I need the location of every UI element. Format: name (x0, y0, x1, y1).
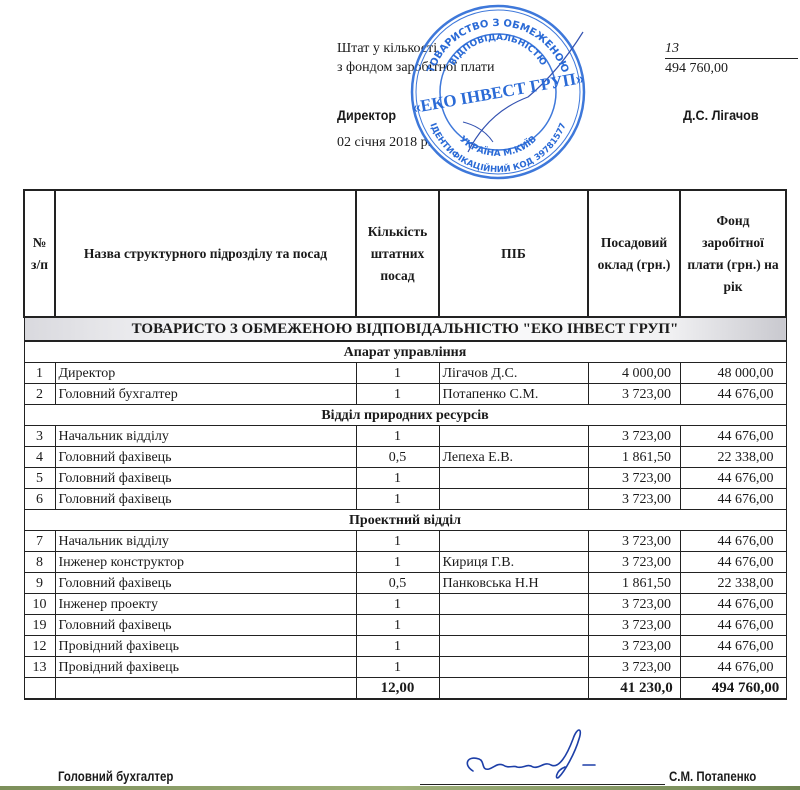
company-stamp: ТОВАРИСТВО З ОБМЕЖЕНОЮ ВІДПОВІДАЛЬНІСТЮ … (408, 2, 588, 182)
employee-name: Лепеха Е.В. (439, 447, 588, 468)
staffing-table: № з/п Назва структурного підрозділу та п… (23, 189, 787, 700)
row-number: 12 (24, 636, 55, 657)
table-row: 6Головний фахівець13 723,0044 676,00 (24, 489, 786, 510)
employee-name: Панковська Н.Н (439, 573, 588, 594)
annual-fund: 48 000,00 (680, 363, 786, 384)
section-row: Апарат управління (24, 341, 786, 363)
table-row: 13Провідний фахівець13 723,0044 676,00 (24, 657, 786, 678)
position-name: Інженер проекту (55, 594, 356, 615)
annual-fund: 44 676,00 (680, 552, 786, 573)
staff-count-value: 13 (665, 39, 798, 59)
col-header-no: № з/п (24, 190, 55, 317)
table-row: 9Головний фахівець0,5Панковська Н.Н1 861… (24, 573, 786, 594)
col-header-count: Кількість штатних посад (356, 190, 439, 317)
employee-name (439, 636, 588, 657)
row-number: 4 (24, 447, 55, 468)
table-row: 10Інженер проекту13 723,0044 676,00 (24, 594, 786, 615)
position-count: 1 (356, 489, 439, 510)
position-count: 1 (356, 531, 439, 552)
col-header-position: Назва структурного підрозділу та посад (55, 190, 356, 317)
monthly-salary: 3 723,00 (588, 552, 680, 573)
monthly-salary: 3 723,00 (588, 636, 680, 657)
employee-name: Кириця Г.В. (439, 552, 588, 573)
employee-name (439, 594, 588, 615)
position-name: Директор (55, 363, 356, 384)
row-number: 2 (24, 384, 55, 405)
monthly-salary: 3 723,00 (588, 426, 680, 447)
svg-text:ІДЕНТИФІКАЦІЙНИЙ КОД 39781577: ІДЕНТИФІКАЦІЙНИЙ КОД 39781577 (427, 122, 568, 176)
employee-name: Потапенко С.М. (439, 384, 588, 405)
row-number: 6 (24, 489, 55, 510)
section-row: Відділ природних ресурсів (24, 405, 786, 426)
table-row: 2Головний бухгалтер1Потапенко С.М.3 723,… (24, 384, 786, 405)
monthly-salary: 3 723,00 (588, 594, 680, 615)
row-number: 1 (24, 363, 55, 384)
total-salary: 41 230,0 (588, 678, 680, 700)
total-fund: 494 760,00 (680, 678, 786, 700)
row-number: 3 (24, 426, 55, 447)
row-number: 7 (24, 531, 55, 552)
position-count: 1 (356, 636, 439, 657)
annual-fund: 44 676,00 (680, 468, 786, 489)
chief-accountant-name: С.М. Потапенко (669, 768, 756, 784)
col-header-salary: Посадовий оклад (грн.) (588, 190, 680, 317)
annual-fund: 22 338,00 (680, 573, 786, 594)
position-name: Провідний фахівець (55, 636, 356, 657)
row-number: 9 (24, 573, 55, 594)
col-header-fund: Фонд заробітної плати (грн.) на рік (680, 190, 786, 317)
position-count: 1 (356, 426, 439, 447)
monthly-salary: 3 723,00 (588, 615, 680, 636)
signature-icon (455, 725, 605, 785)
table-header-row: № з/п Назва структурного підрозділу та п… (24, 190, 786, 317)
employee-name (439, 489, 588, 510)
row-number: 8 (24, 552, 55, 573)
scan-edge (0, 786, 800, 790)
employee-name (439, 531, 588, 552)
totals-empty (439, 678, 588, 700)
position-count: 1 (356, 594, 439, 615)
position-count: 1 (356, 615, 439, 636)
annual-fund: 44 676,00 (680, 531, 786, 552)
position-count: 1 (356, 384, 439, 405)
employee-name (439, 657, 588, 678)
director-label: Директор (337, 106, 396, 125)
monthly-salary: 1 861,50 (588, 447, 680, 468)
employee-name (439, 468, 588, 489)
totals-empty (55, 678, 356, 700)
annual-fund: 44 676,00 (680, 489, 786, 510)
monthly-salary: 3 723,00 (588, 531, 680, 552)
col-header-name: ПІБ (439, 190, 588, 317)
table-row: 19Головний фахівець13 723,0044 676,00 (24, 615, 786, 636)
position-name: Головний фахівець (55, 489, 356, 510)
monthly-salary: 1 861,50 (588, 573, 680, 594)
svg-text:УКРАЇНА М.КИЇВ: УКРАЇНА М.КИЇВ (457, 134, 539, 159)
position-name: Головний фахівець (55, 468, 356, 489)
annual-fund: 44 676,00 (680, 615, 786, 636)
row-number: 10 (24, 594, 55, 615)
position-name: Головний фахівець (55, 573, 356, 594)
row-number: 5 (24, 468, 55, 489)
annual-fund: 44 676,00 (680, 594, 786, 615)
position-name: Головний бухгалтер (55, 384, 356, 405)
position-count: 1 (356, 468, 439, 489)
section-title: Апарат управління (24, 341, 786, 363)
position-name: Головний фахівець (55, 447, 356, 468)
table-row: 3Начальник відділу13 723,0044 676,00 (24, 426, 786, 447)
table-row: 1Директор1Лігачов Д.С.4 000,0048 000,00 (24, 363, 786, 384)
table-row: 8Інженер конструктор1Кириця Г.В.3 723,00… (24, 552, 786, 573)
annual-fund: 22 338,00 (680, 447, 786, 468)
table-row: 4Головний фахівець0,5Лепеха Е.В.1 861,50… (24, 447, 786, 468)
table-row: 7Начальник відділу13 723,0044 676,00 (24, 531, 786, 552)
position-name: Інженер конструктор (55, 552, 356, 573)
totals-empty (24, 678, 55, 700)
svg-text:«ЕКО ІНВЕСТ ГРУП»: «ЕКО ІНВЕСТ ГРУП» (410, 68, 585, 117)
employee-name (439, 615, 588, 636)
totals-row: 12,0041 230,0494 760,00 (24, 678, 786, 700)
position-name: Начальник відділу (55, 426, 356, 447)
annual-fund: 44 676,00 (680, 636, 786, 657)
monthly-salary: 3 723,00 (588, 384, 680, 405)
annual-fund: 44 676,00 (680, 384, 786, 405)
monthly-salary: 4 000,00 (588, 363, 680, 384)
position-count: 1 (356, 363, 439, 384)
position-name: Головний фахівець (55, 615, 356, 636)
chief-accountant-label: Головний бухгалтер (58, 768, 173, 784)
position-count: 1 (356, 552, 439, 573)
monthly-salary: 3 723,00 (588, 657, 680, 678)
stamp-top-text: ТОВАРИСТВО З ОБМЕЖЕНОЮ (426, 18, 571, 75)
row-number: 19 (24, 615, 55, 636)
position-name: Провідний фахівець (55, 657, 356, 678)
section-title: Проектний відділ (24, 510, 786, 531)
organization-name: ТОВАРИСТО З ОБМЕЖЕНОЮ ВІДПОВІДАЛЬНІСТЮ "… (24, 317, 786, 341)
monthly-salary: 3 723,00 (588, 489, 680, 510)
total-count: 12,00 (356, 678, 439, 700)
position-count: 0,5 (356, 447, 439, 468)
annual-fund: 44 676,00 (680, 657, 786, 678)
section-row: Проектний відділ (24, 510, 786, 531)
employee-name: Лігачов Д.С. (439, 363, 588, 384)
director-name: Д.С. Лігачов (683, 106, 759, 125)
employee-name (439, 426, 588, 447)
salary-fund-value: 494 760,00 (665, 59, 728, 78)
position-count: 0,5 (356, 573, 439, 594)
section-title: Відділ природних ресурсів (24, 405, 786, 426)
position-name: Начальник відділу (55, 531, 356, 552)
table-row: 12Провідний фахівець13 723,0044 676,00 (24, 636, 786, 657)
table-row: 5Головний фахівець13 723,0044 676,00 (24, 468, 786, 489)
monthly-salary: 3 723,00 (588, 468, 680, 489)
position-count: 1 (356, 657, 439, 678)
annual-fund: 44 676,00 (680, 426, 786, 447)
organization-row: ТОВАРИСТО З ОБМЕЖЕНОЮ ВІДПОВІДАЛЬНІСТЮ "… (24, 317, 786, 341)
row-number: 13 (24, 657, 55, 678)
